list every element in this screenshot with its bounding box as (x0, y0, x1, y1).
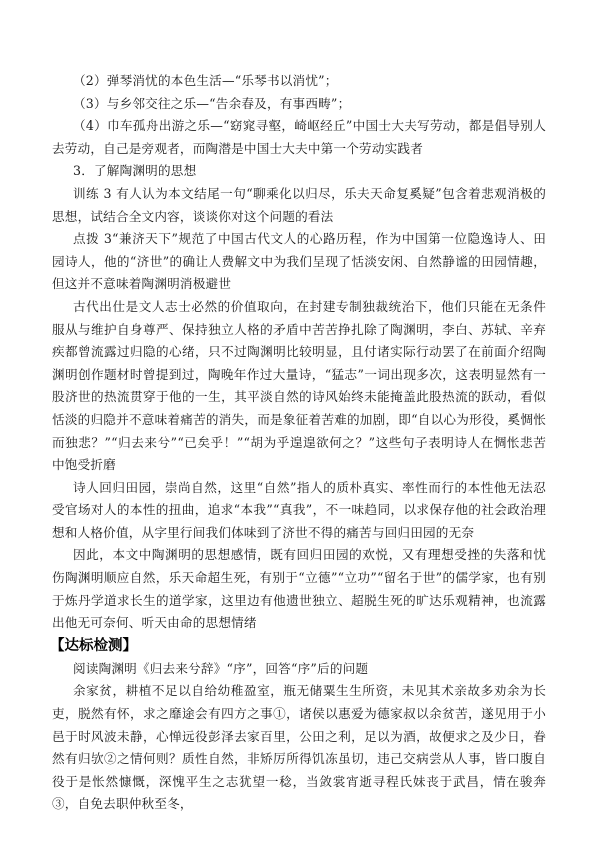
exercise-3: 训练 3 有人认为本文结尾一句“聊乘化以归尽，乐夫天命复奚疑”包含着悲观消极的思… (52, 183, 546, 228)
section-title-thought: 3．了解陶渊明的思想 (52, 160, 546, 183)
hint-3: 点拨 3“兼济天下”规范了中国古代文人的心路历程，作为中国第一位隐逸诗人、田园诗… (52, 228, 546, 296)
list-item-music: （2）弹琴消忧的本色生活—“乐琴书以消忧”； (52, 70, 546, 93)
document-page: （2）弹琴消忧的本色生活—“乐琴书以消忧”； （3）与乡邻交往之乐—“告余春及，… (52, 70, 546, 816)
paragraph-nature: 诗人回归田园，崇尚自然，这里“自然”指人的质朴真实、率性而行的本性他无法忍受官场… (52, 477, 546, 545)
list-item-excursion: （4）巾车孤舟出游之乐—“窈窕寻壑，崎岖经丘”中国士大夫写劳动，都是倡导别人去劳… (52, 115, 546, 160)
reading-instruction: 阅读陶渊明《归去来兮辞》“序”，回答“序”后的问题 (52, 658, 546, 681)
paragraph-conclusion: 因此，本文中陶渊明的思想感情，既有回归田园的欢悦，又有理想受挫的失落和忧伤陶渊明… (52, 544, 546, 634)
list-item-neighbors: （3）与乡邻交往之乐—“告余春及，有事西畴”； (52, 93, 546, 116)
preface-text: 余家贫，耕植不足以自给幼稚盈室，瓶无储粟生生所资，未见其术亲故多劝余为长吏，脱然… (52, 680, 546, 816)
section-heading-assessment: 【达标检测】 (50, 635, 546, 658)
paragraph-officialdom: 古代出仕是文人志士必然的价值取向，在封建专制独裁统治下，他们只能在无条件服从与维… (52, 296, 546, 477)
